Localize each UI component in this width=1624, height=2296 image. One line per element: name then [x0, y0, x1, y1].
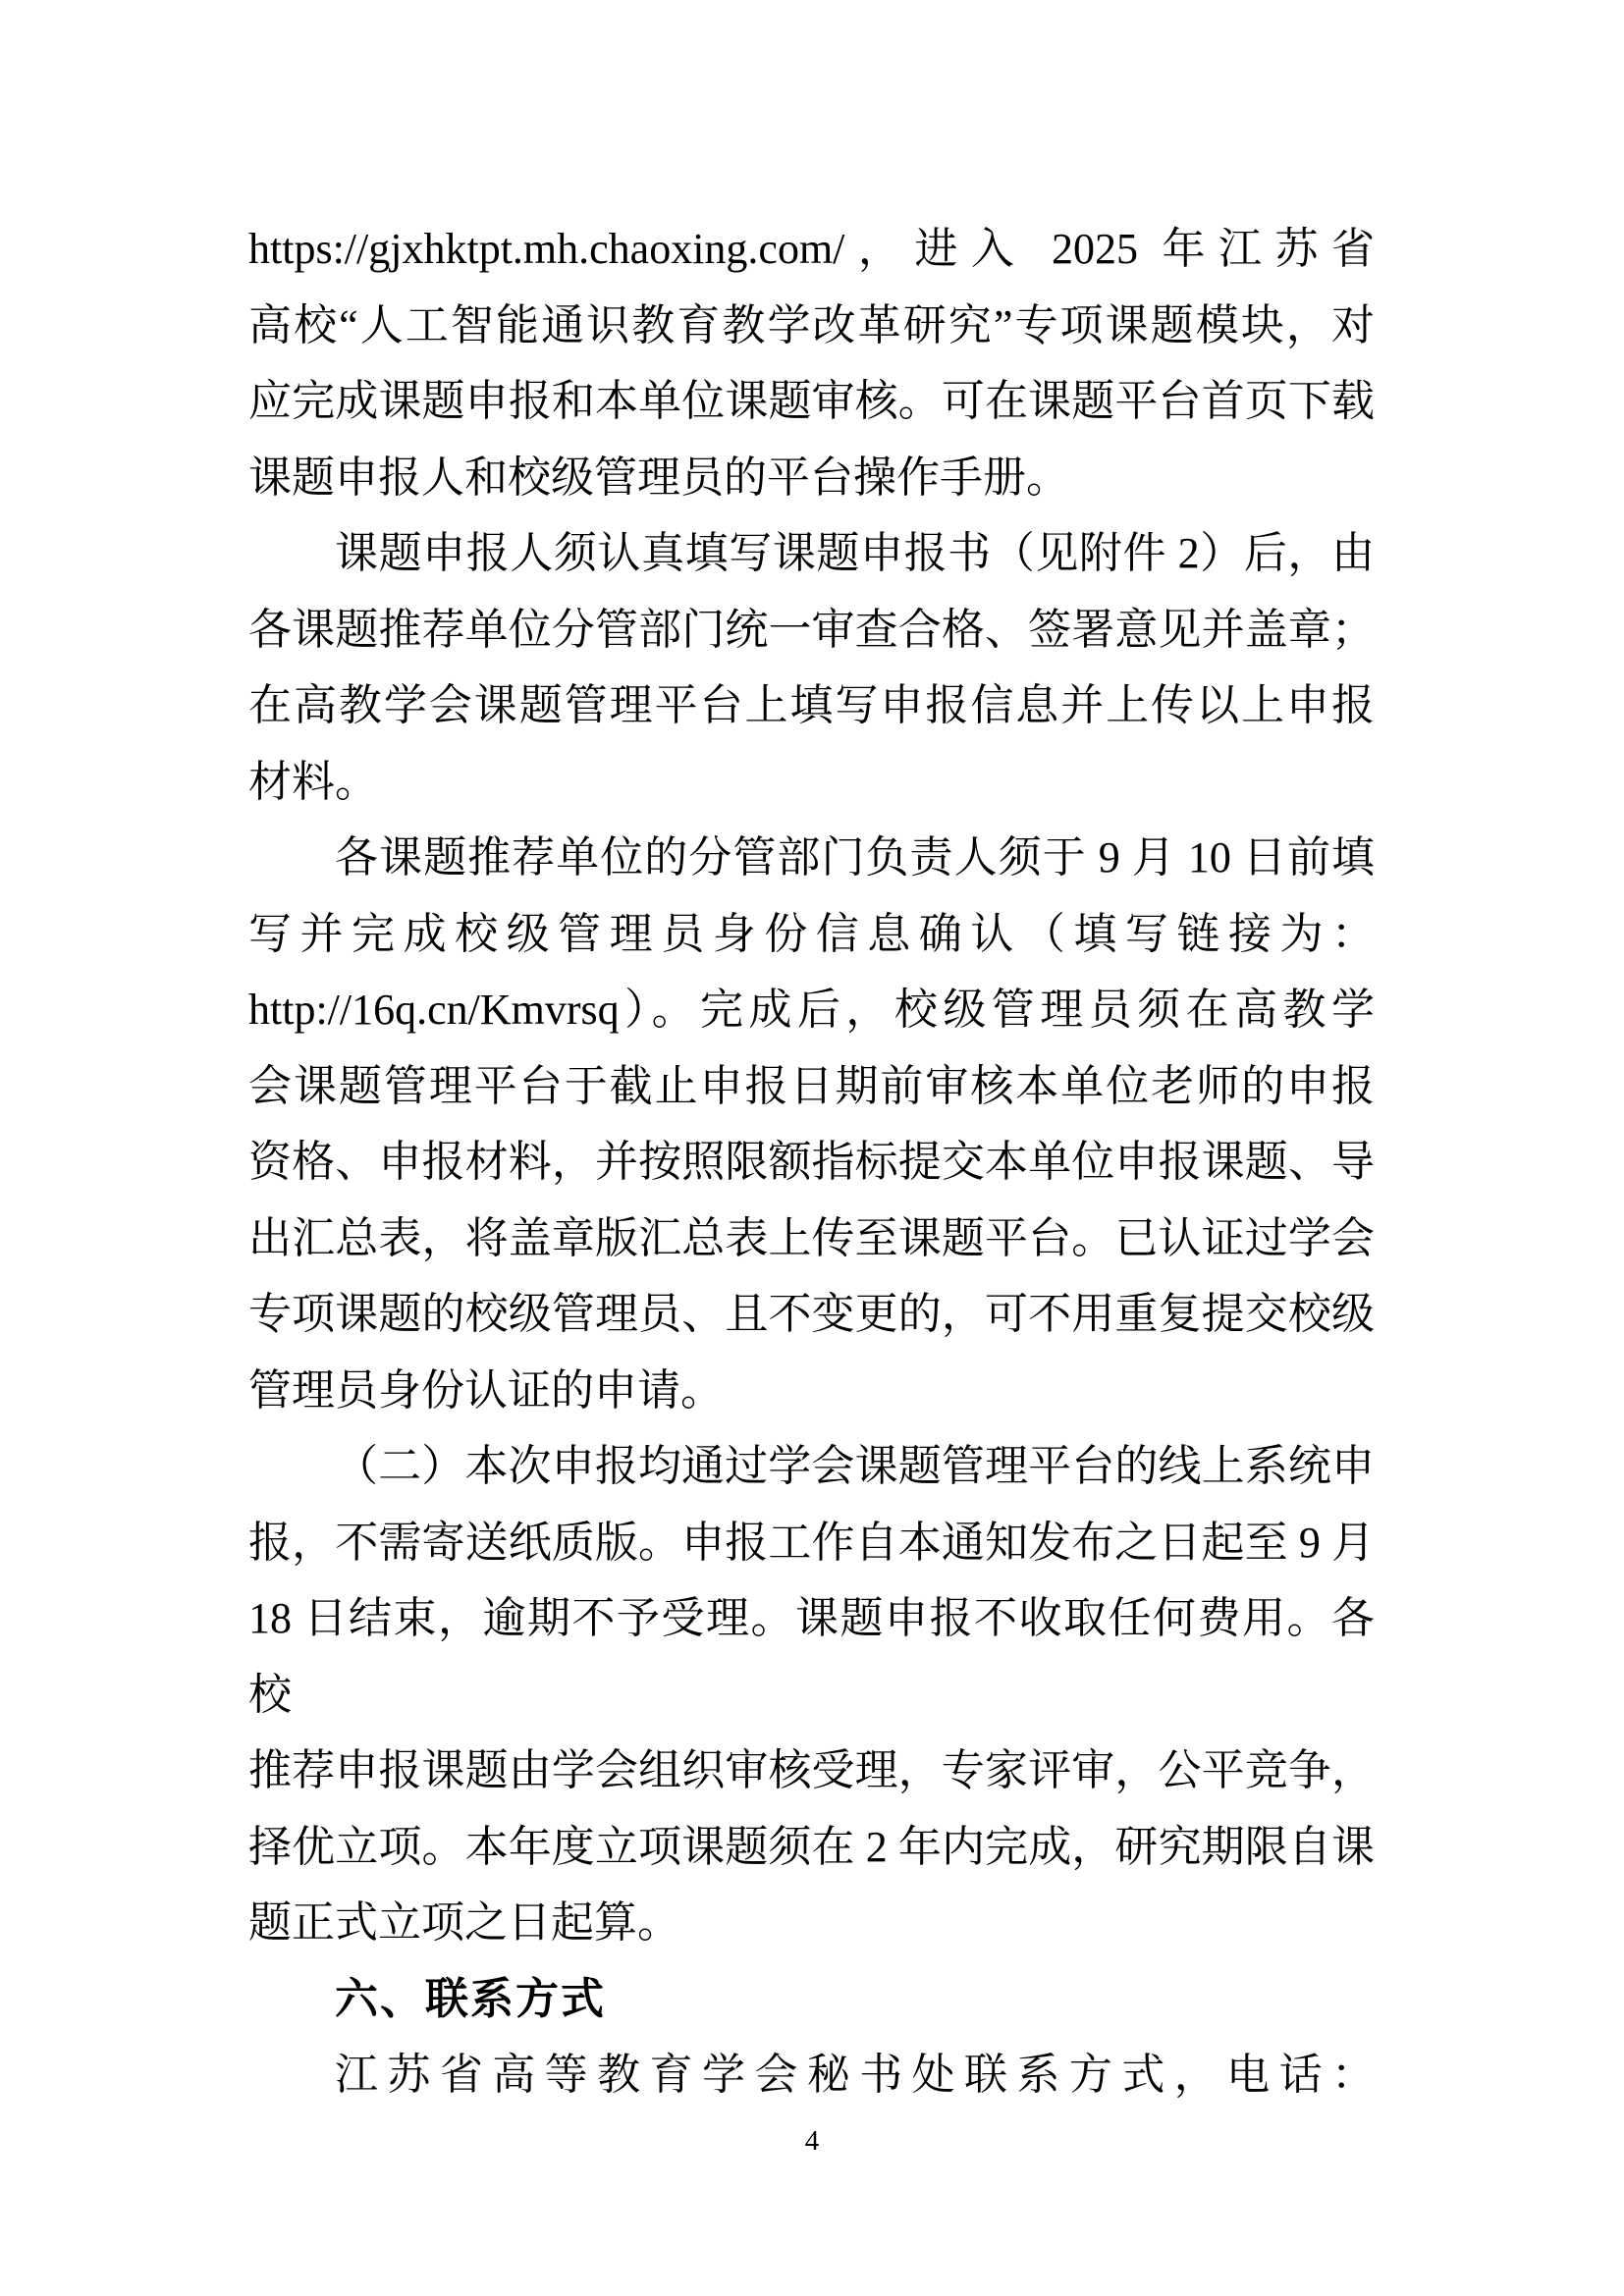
text-line: 在高教学会课题管理平台上填写申报信息并上传以上申报	[248, 667, 1375, 744]
text-line: 择优立项。本年度立项课题须在 2 年内完成，研究期限自课	[248, 1809, 1375, 1886]
text-line: 会课题管理平台于截止申报日期前审核本单位老师的申报	[248, 1048, 1375, 1125]
text-line: 推荐申报课题由学会组织审核受理，专家评审，公平竞争，	[248, 1733, 1375, 1809]
text-line: 应完成课题申报和本单位课题审核。可在课题平台首页下载	[248, 363, 1375, 440]
text-line: 课题申报人和校级管理员的平台操作手册。	[248, 440, 1375, 516]
document-body: https://gjxhktpt.mh.chaoxing.com/，进入 202…	[248, 211, 1375, 2113]
text-line: （二）本次申报均通过学会课题管理平台的线上系统申	[248, 1428, 1375, 1505]
text-line: 江苏省高等教育学会秘书处联系方式，电话：	[248, 2037, 1375, 2113]
text-line: 出汇总表，将盖章版汇总表上传至课题平台。已认证过学会	[248, 1201, 1375, 1277]
text-line: 管理员身份认证的申请。	[248, 1353, 1375, 1429]
text-line: http://16q.cn/Kmvrsq）。完成后，校级管理员须在高教学	[248, 972, 1375, 1048]
text-line: 题正式立项之日起算。	[248, 1885, 1375, 1961]
text-line: 各课题推荐单位分管部门统一审查合格、签署意见并盖章；	[248, 592, 1375, 668]
page-number: 4	[0, 2126, 1624, 2157]
text-line: 高校“人工智能通识教育教学改革研究”专项课题模块，对	[248, 288, 1375, 364]
text-line: 专项课题的校级管理员、且不变更的，可不用重复提交校级	[248, 1276, 1375, 1353]
text-line: 课题申报人须认真填写课题申报书（见附件 2）后，由	[248, 515, 1375, 592]
text-line: 18 日结束，逾期不予受理。课题申报不收取任何费用。各校	[248, 1580, 1375, 1733]
text-line: 报，不需寄送纸质版。申报工作自本通知发布之日起至 9 月	[248, 1505, 1375, 1581]
text-line: 材料。	[248, 744, 1375, 821]
text-line: 各课题推荐单位的分管部门负责人须于 9 月 10 日前填	[248, 820, 1375, 896]
text-line: 写并完成校级管理员身份信息确认（填写链接为：	[248, 896, 1375, 973]
document-page: https://gjxhktpt.mh.chaoxing.com/，进入 202…	[0, 0, 1624, 2296]
section-heading: 六、联系方式	[248, 1961, 1375, 2038]
text-line: 资格、申报材料，并按照限额指标提交本单位申报课题、导	[248, 1124, 1375, 1201]
text-line: https://gjxhktpt.mh.chaoxing.com/，进入 202…	[248, 211, 1375, 288]
